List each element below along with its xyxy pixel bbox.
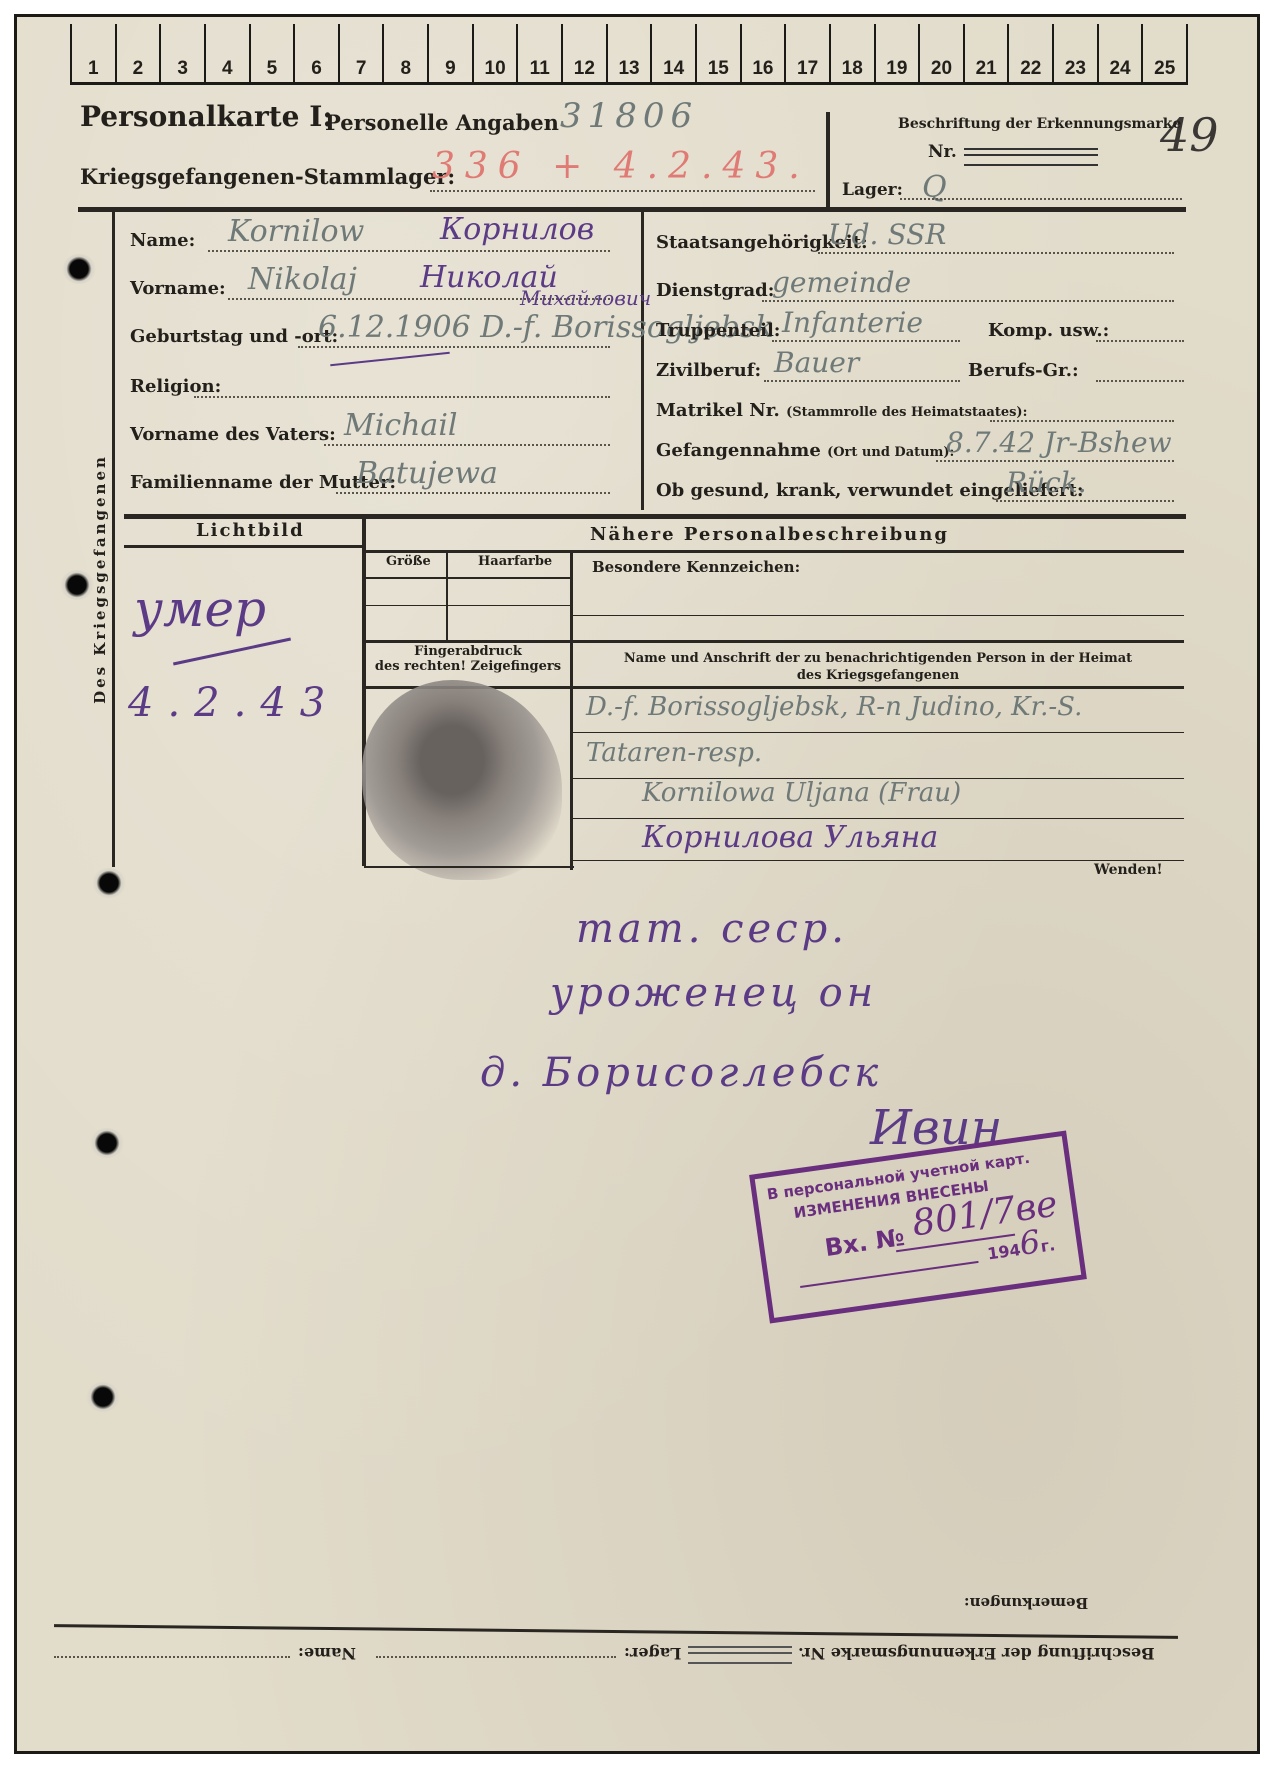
left-field-label: Religion: <box>130 376 221 397</box>
punch-hole <box>92 868 126 898</box>
strip-number: 11 <box>516 24 561 82</box>
strip-number: 7 <box>338 24 383 82</box>
note-ru: тат. сеср. <box>576 906 848 952</box>
right-field-label: Truppenteil: <box>656 320 780 341</box>
strip-number: 9 <box>427 24 472 82</box>
strip-number: 12 <box>561 24 606 82</box>
strip-number: 5 <box>249 24 294 82</box>
right-field-label-2: Berufs-Gr.: <box>968 360 1079 381</box>
right-field-label: Zivilberuf: <box>656 360 761 381</box>
strip-number: 17 <box>784 24 829 82</box>
strip-number: 15 <box>695 24 740 82</box>
remarks-label: Bemerkungen: <box>964 1594 1088 1612</box>
left-field-label: Vorname: <box>130 278 226 299</box>
right-field-label: Matrikel Nr. (Stammrolle des Heimatstaat… <box>656 400 1027 421</box>
punch-hole <box>90 1128 124 1158</box>
stalag-value: 336 + 4.2.43. <box>432 146 810 187</box>
card-subtitle: Personelle Angaben <box>325 110 559 135</box>
left-field-value: Nikolaj <box>248 262 357 297</box>
strip-number: 25 <box>1141 24 1188 82</box>
photo-label: Lichtbild <box>196 520 305 541</box>
strip-number: 13 <box>606 24 651 82</box>
death-date: 4.2.43 <box>128 680 339 726</box>
right-field-value: Infanterie <box>782 306 923 339</box>
number-strip: 1234567891011121314151617181920212223242… <box>70 24 1188 85</box>
strip-number: 22 <box>1007 24 1052 82</box>
contact-line: D.-f. Borissogljebsk, R-n Judino, Kr.-S. <box>586 692 1082 722</box>
left-field-label: Geburtstag und -ort: <box>130 326 338 347</box>
left-field-value: Michail <box>344 408 458 443</box>
strip-number: 10 <box>472 24 517 82</box>
strip-number: 4 <box>204 24 249 82</box>
footer-lager-label: Lager: <box>624 1644 681 1663</box>
left-field-value: Kornilow <box>228 214 364 249</box>
right-field-value: 8.7.42 Jr-Bshew <box>946 426 1172 459</box>
id-tag-nr-label: Nr. <box>928 142 957 162</box>
contact-label: Name und Anschrift der zu benachrichtige… <box>572 650 1184 684</box>
stamp-year: 1946г. <box>984 1220 1057 1267</box>
contact-line: Kornilowa Uljana (Frau) <box>642 778 961 808</box>
strip-number: 18 <box>829 24 874 82</box>
personnel-card <box>14 14 1260 1754</box>
id-tag-title: Beschriftung der Erkennungsmarke <box>898 116 1181 132</box>
punch-hole <box>62 254 96 284</box>
card-number: 31806 <box>560 96 698 136</box>
right-field-value: Ud. SSR <box>828 218 946 251</box>
right-field-label-2: Komp. usw.: <box>988 320 1109 341</box>
strip-number: 8 <box>382 24 427 82</box>
right-field-value: gemeinde <box>772 266 911 299</box>
death-note: умер <box>134 580 266 638</box>
hair-label: Haarfarbe <box>478 554 552 569</box>
strip-number: 3 <box>159 24 204 82</box>
left-field-label: Vorname des Vaters: <box>130 424 336 445</box>
footer-tag-label: Beschriftung der Erkennungsmarke Nr. <box>798 1644 1155 1663</box>
right-field-value: Bauer <box>774 346 859 379</box>
right-field-label: Dienstgrad: <box>656 280 774 301</box>
strip-number: 24 <box>1097 24 1142 82</box>
strip-number: 1 <box>70 24 115 82</box>
card-title: Personalkarte I: <box>80 100 333 133</box>
side-label: Des Kriegsgefangenen <box>91 449 109 709</box>
strip-number: 6 <box>293 24 338 82</box>
right-field-label: Gefangennahme (Ort und Datum): <box>656 440 954 461</box>
left-field-label: Name: <box>130 230 195 251</box>
turn-over-label: Wenden! <box>1094 862 1163 878</box>
strip-number: 14 <box>650 24 695 82</box>
marks-label: Besondere Kennzeichen: <box>592 558 800 576</box>
punch-hole <box>60 570 94 600</box>
stalag-label: Kriegsgefangenen-Stammlager: <box>80 164 455 189</box>
contact-line: Tataren-resp. <box>586 738 762 768</box>
left-field-value: Batujewa <box>356 456 498 491</box>
strip-number: 23 <box>1052 24 1097 82</box>
left-field-value-ru: Корнилов <box>440 212 594 247</box>
punch-hole <box>86 1382 120 1412</box>
strip-number: 2 <box>115 24 160 82</box>
footer-name-label: Name: <box>298 1644 356 1663</box>
note-ru: уроженец он <box>550 970 877 1016</box>
strip-number: 20 <box>918 24 963 82</box>
id-tag-lager-label: Lager: <box>842 180 903 200</box>
strip-number: 19 <box>874 24 919 82</box>
contact-line: Корнилова Ульяна <box>642 820 938 855</box>
height-label: Größe <box>386 554 431 569</box>
note-ru: д. Борисоглебск <box>480 1050 882 1096</box>
fingerprint-label: Fingerabdruck des rechten! Zeigefingers <box>364 644 572 674</box>
description-title: Nähere Personalbeschreibung <box>590 524 949 545</box>
strip-number: 16 <box>740 24 785 82</box>
right-field-value: Rück. <box>1006 466 1087 499</box>
strip-number: 21 <box>963 24 1008 82</box>
left-field-value-ru-extra: Михайлович <box>520 286 651 310</box>
